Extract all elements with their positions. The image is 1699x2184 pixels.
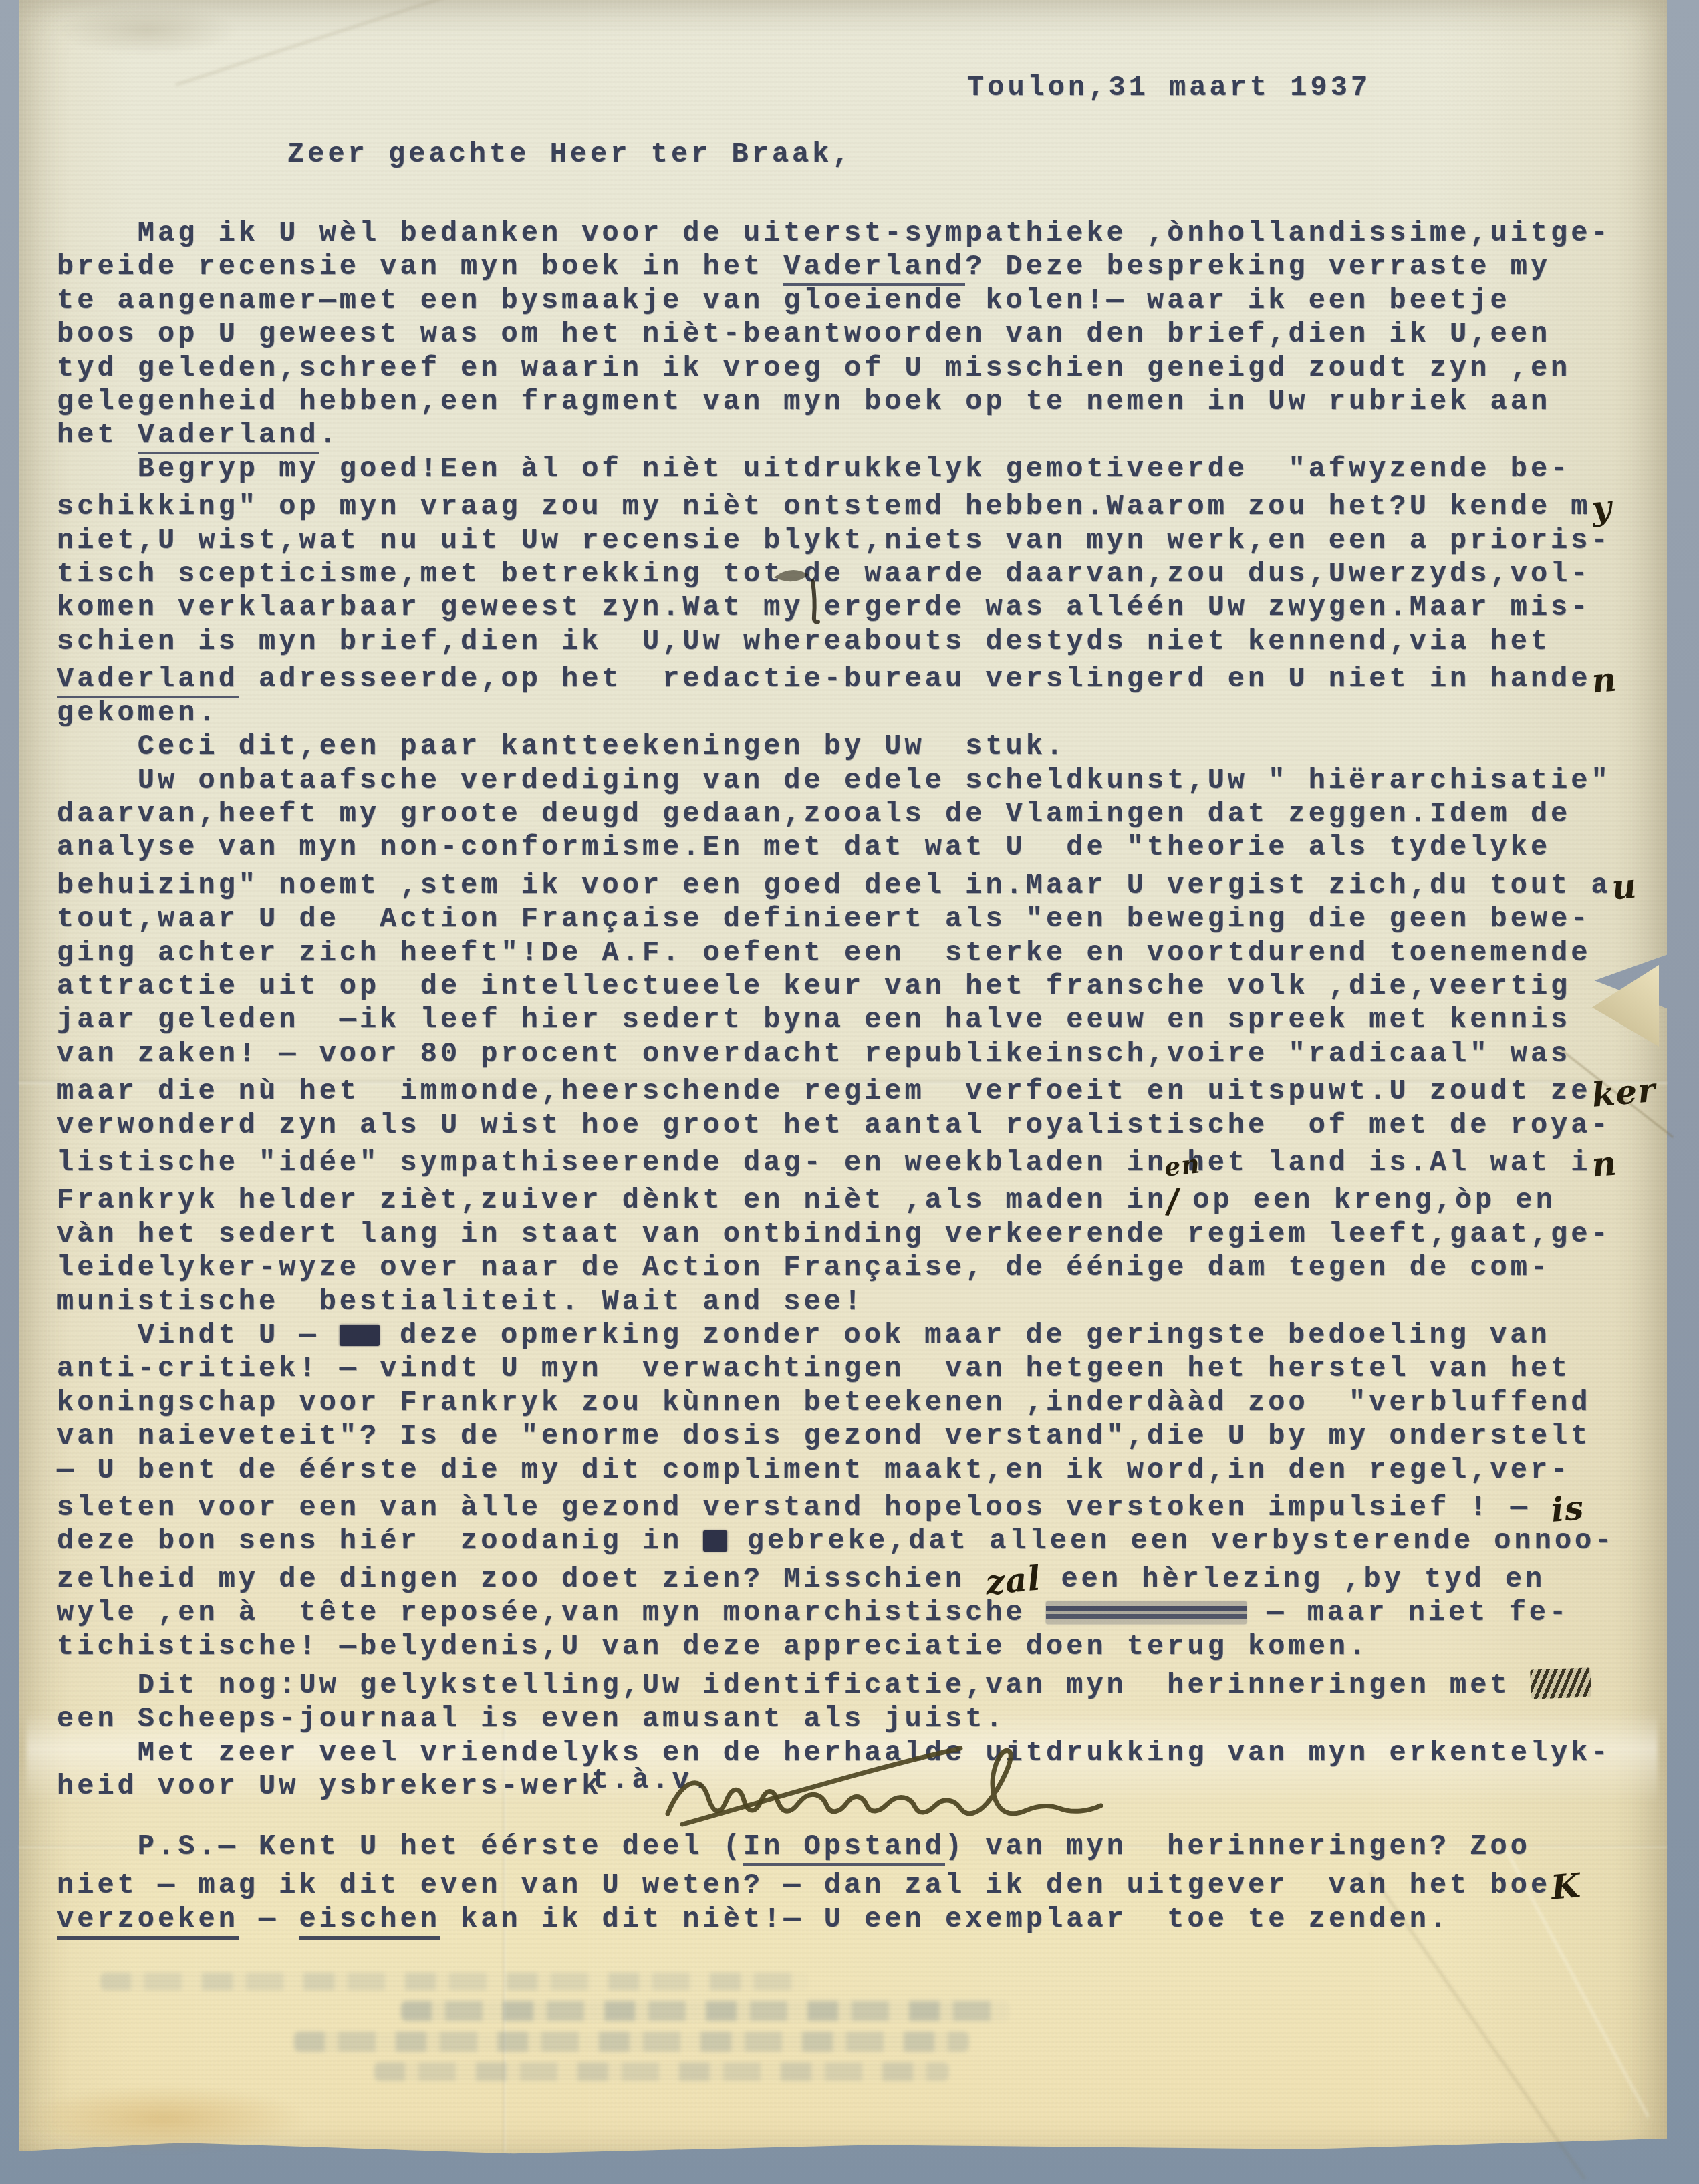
handwritten-addition: u (1610, 869, 1638, 904)
typed-text: gelegenheid hebben,een fragment van myn … (57, 386, 1551, 418)
letter-body: Mag ik U wèl bedanken voor de uiterst-sy… (57, 217, 1661, 1804)
typed-text: P.S.— Kent U het éérste deel ( (57, 1830, 743, 1863)
letter-line: Vaderland adresseerde,op het redactie-bu… (57, 658, 1661, 696)
letter-line: niet — mag ik dit even van U weten? — da… (57, 1864, 1661, 1903)
letter-line: analyse van myn non-conformisme.En met d… (57, 831, 1661, 864)
letter-line: tichistische! —belydenis,U van deze appr… (57, 1630, 1661, 1663)
handwritten-addition: ker (1590, 1073, 1657, 1113)
letter-date: Toulon,31 maart 1937 (967, 72, 1371, 104)
typed-text: deze opmerking zonder ook maar de gering… (380, 1319, 1551, 1351)
letter-line: Uw onbataafsche verdediging van de edele… (57, 764, 1661, 797)
underlined-typed-text: verzoeken (57, 1903, 239, 1940)
typed-text: — maar niet fe- (1247, 1597, 1569, 1629)
letter-line: Frankryk helder zièt,zuiver dènkt en niè… (57, 1180, 1661, 1217)
typed-text: ? Deze bespreking verraste my (965, 251, 1551, 283)
letter-line: het Vaderland. (57, 418, 1661, 452)
letter-line: leidelyker-wyze over naar de Action Fran… (57, 1251, 1661, 1284)
letter-line: Vindt U — deze opmerking zonder ook maar… (57, 1319, 1661, 1352)
typed-text: leidelyker-wyze over naar de Action Fran… (57, 1252, 1551, 1284)
typed-text: op een kreng,òp en (1192, 1184, 1556, 1216)
inked-out-blot (340, 1325, 380, 1346)
letter-line: tout,waar U de Action Française definiee… (57, 902, 1661, 936)
letter-line: P.S.— Kent U het éérste deel (In Opstand… (57, 1830, 1661, 1864)
letter-line: tisch scepticisme,met betrekking tot de … (57, 557, 1661, 591)
typed-text: Frankryk helder zièt,zuiver dènkt en niè… (57, 1184, 1167, 1216)
letter-line: komen verklaarbaar geweest zyn.Wat my er… (57, 591, 1661, 624)
letter-line: schikking" op myn vraag zou my nièt onts… (57, 486, 1661, 523)
underlined-typed-text: Vaderland (138, 419, 319, 454)
insertion-slash: ∕ (1165, 1184, 1184, 1220)
handwritten-addition: y (1590, 491, 1613, 526)
handwritten-addition: is (1550, 1491, 1585, 1527)
typed-text: maar die nù het immonde,heerschende regi… (57, 1075, 1591, 1107)
signature-scrawl (658, 1739, 1113, 1839)
struck-through-word (1046, 1601, 1247, 1624)
bleed-through-text (401, 2001, 1009, 2021)
typed-text: anti-critiek! — vindt U myn verwachtinge… (57, 1353, 1571, 1385)
handwritten-addition: K (1550, 1868, 1583, 1905)
letter-line: behuizing" noemt ,stem ik voor een goed … (57, 865, 1661, 902)
letter-line: zelheid my de dingen zoo doet zien? Miss… (57, 1558, 1661, 1596)
inserted-word: en (1163, 1147, 1202, 1185)
letter-line: breide recensie van myn boek in het Vade… (57, 250, 1661, 283)
typed-text: niet,U wist,wat nu uit Uw recensie blykt… (57, 525, 1611, 557)
typed-text: vàn het sedert lang in staat van ontbind… (57, 1218, 1611, 1250)
typed-text: van naieveteit"? Is de "enorme dosis gez… (57, 1420, 1591, 1452)
typed-text: Dit nog:Uw gelykstelling,Uw identificati… (57, 1669, 1531, 1701)
typed-text: breide recensie van myn boek in het (57, 251, 783, 283)
typed-text: sleten voor een van àlle gezond verstand… (57, 1492, 1551, 1524)
letter-line: gelegenheid hebben,een fragment van myn … (57, 385, 1661, 418)
typed-text: heid voor Uw ysbrekers-werk (57, 1770, 602, 1802)
typed-text: attractie uit op de intellectueele keur … (57, 970, 1571, 1002)
typed-text: munistische bestialiteit. Wait and see! (57, 1286, 864, 1318)
letter-line: koningschap voor Frankryk zou kùnnen bet… (57, 1386, 1661, 1419)
letter-line: vàn het sedert lang in staat van ontbind… (57, 1218, 1661, 1251)
postscript-block: P.S.— Kent U het éérste deel (In Opstand… (57, 1830, 1661, 1937)
letter-line: verzoeken — eischen kan ik dit nièt!— U … (57, 1903, 1661, 1937)
paper-smudge (57, 5, 237, 55)
typed-text: van zaken! — voor 80 procent onverdacht … (57, 1038, 1571, 1070)
bleed-through-text (294, 2032, 969, 2052)
bleed-through-text (374, 2062, 949, 2081)
letter-line: attractie uit op de intellectueele keur … (57, 970, 1661, 1003)
typed-text: te aangenamer—met een bysmaakje van gloe… (57, 285, 1511, 317)
underlined-typed-text: In Opstand (743, 1830, 945, 1866)
letter-line: schien is myn brief,dien ik U,Uw whereab… (57, 625, 1661, 658)
typed-text: tout,waar U de Action Française definiee… (57, 903, 1591, 935)
letter-line: Dit nog:Uw gelykstelling,Uw identificati… (57, 1663, 1661, 1702)
typed-text: listische "idée" sympathiseerende dag- e… (57, 1147, 1591, 1179)
letter-line: munistische bestialiteit. Wait and see! (57, 1285, 1661, 1319)
letter-line: verwonderd zyn als U wist hoe groot het … (57, 1109, 1661, 1142)
typed-text: Vindt U — (57, 1319, 340, 1351)
typed-text: ) van myn herinneringen? Zoo (945, 1830, 1531, 1863)
letter-line: te aangenamer—met een bysmaakje van gloe… (57, 284, 1661, 317)
typed-text: boos op U geweest was om het nièt-beantw… (57, 318, 1551, 350)
letter-line: Mag ik U wèl bedanken voor de uiterst-sy… (57, 217, 1661, 250)
letter-line: van naieveteit"? Is de "enorme dosis gez… (57, 1419, 1661, 1453)
underlined-typed-text: Vaderland (57, 663, 239, 698)
typed-text: gebreke,dat alleen een verbysterende onn… (727, 1525, 1615, 1557)
letter-line: — U bent de éérste die my dit compliment… (57, 1454, 1661, 1487)
typed-text: . (319, 419, 340, 451)
ink-correction-mark (769, 559, 856, 646)
letter-line: Begryp my goed!Een àl of nièt uitdrukkel… (57, 452, 1661, 486)
letter-salutation: Zeer geachte Heer ter Braak, (287, 138, 853, 170)
paper-stain (20, 2085, 307, 2152)
typed-text: analyse van myn non-conformisme.En met d… (57, 831, 1551, 863)
typed-text: een hèrlezing ,by tyd en (1041, 1563, 1545, 1595)
typed-text: een Scheeps-journaal is even amusant als… (57, 1703, 1006, 1735)
letter-line: boos op U geweest was om het nièt-beantw… (57, 317, 1661, 351)
letter-line: daarvan,heeft my groote deugd gedaan,zoo… (57, 797, 1661, 831)
letter-line: deze bon sens hiér zoodanig in gebreke,d… (57, 1524, 1661, 1558)
typed-text: kan ik dit nièt!— U een exemplaar toe te… (440, 1903, 1450, 1935)
letter-line: maar die nù het immonde,heerschende regi… (57, 1071, 1661, 1108)
typed-text: tyd geleden,schreef en waarin ik vroeg o… (57, 352, 1571, 384)
typed-text: Mag ik U wèl bedanken voor de uiterst-sy… (57, 217, 1611, 249)
typed-text: daarvan,heeft my groote deugd gedaan,zoo… (57, 798, 1571, 830)
letter-line: jaar geleden —ik leef hier sedert byna e… (57, 1003, 1661, 1037)
typed-text: behuizing" noemt ,stem ik voor een goed … (57, 869, 1611, 902)
scribbled-out-word (1530, 1668, 1591, 1699)
letter-line: niet,U wist,wat nu uit Uw recensie blykt… (57, 524, 1661, 557)
typed-text: zelheid my de dingen zoo doet zien? Miss… (57, 1563, 985, 1595)
handwritten-addition: n (1590, 663, 1618, 698)
handwritten-addition: zal (985, 1561, 1043, 1599)
letter-line: Ceci dit,een paar kantteekeningen by Uw … (57, 730, 1661, 763)
handwritten-insertion: ∕en (1167, 1180, 1192, 1217)
typed-text: tichistische! —belydenis,U van deze appr… (57, 1631, 1369, 1663)
letter-line: listische "idée" sympathiseerende dag- e… (57, 1142, 1661, 1180)
underlined-typed-text: Vaderland (783, 251, 965, 286)
typed-text: wyle ,en à tête reposée,van myn monarchi… (57, 1597, 1046, 1629)
typed-text: deze bon sens hiér zoodanig in (57, 1525, 703, 1557)
typed-text: jaar geleden —ik leef hier sedert byna e… (57, 1004, 1571, 1036)
typed-text: adresseerde,op het redactie-bureau versl… (239, 663, 1591, 695)
typed-text: ging achter zich heeft"!De A.F. oefent e… (57, 937, 1591, 969)
typed-text: niet — mag ik dit even van U weten? — da… (57, 1869, 1551, 1901)
letter-line: een Scheeps-journaal is even amusant als… (57, 1702, 1661, 1736)
letter-line: tyd geleden,schreef en waarin ik vroeg o… (57, 352, 1661, 385)
bleed-through-text (100, 1973, 809, 1990)
letter-line: anti-critiek! — vindt U myn verwachtinge… (57, 1352, 1661, 1385)
typed-text: Begryp my goed!Een àl of nièt uitdrukkel… (57, 453, 1571, 485)
inked-out-blot (703, 1530, 727, 1552)
underlined-typed-text: eischen (299, 1903, 440, 1940)
letter-line: gekomen. (57, 696, 1661, 730)
letter-line: sleten voor een van àlle gezond verstand… (57, 1487, 1661, 1524)
typed-text: gekomen. (57, 697, 219, 729)
typed-text: — (239, 1903, 299, 1935)
typed-text: Ceci dit,een paar kantteekeningen by Uw … (57, 730, 1066, 763)
typed-text: — U bent de éérste die my dit compliment… (57, 1454, 1571, 1486)
typed-text: Uw onbataafsche verdediging van de edele… (57, 765, 1611, 797)
typed-text: verwonderd zyn als U wist hoe groot het … (57, 1109, 1611, 1141)
letter-line: van zaken! — voor 80 procent onverdacht … (57, 1037, 1661, 1071)
letter-line: wyle ,en à tête reposée,van myn monarchi… (57, 1596, 1661, 1629)
handwritten-addition: n (1590, 1146, 1618, 1182)
letter-line: ging achter zich heeft"!De A.F. oefent e… (57, 936, 1661, 970)
typed-text: het (57, 419, 138, 451)
typed-text: koningschap voor Frankryk zou kùnnen bet… (57, 1387, 1591, 1419)
typed-text: schikking" op myn vraag zou my nièt onts… (57, 491, 1591, 523)
